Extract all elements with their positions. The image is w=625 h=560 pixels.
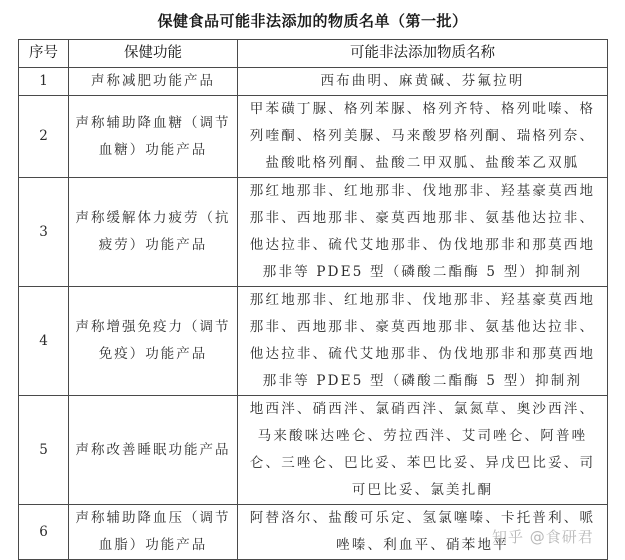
table-row: 4 声称增强免疫力（调节免疫）功能产品 那红地那非、红地那非、伐地那非、羟基豪莫… xyxy=(19,287,608,396)
row-function: 声称缓解体力疲劳（抗疲劳）功能产品 xyxy=(69,178,238,287)
zhihu-watermark: 知乎 @食研君 xyxy=(492,526,594,547)
table-row: 3 声称缓解体力疲劳（抗疲劳）功能产品 那红地那非、红地那非、伐地那非、羟基豪莫… xyxy=(19,178,608,287)
document-title: 保健食品可能非法添加的物质名单（第一批） xyxy=(0,10,625,31)
row-number: 6 xyxy=(19,505,69,560)
row-substances: 甲苯磺丁脲、格列苯脲、格列齐特、格列吡嗪、格列喹酮、格列美脲、马来酸罗格列酮、瑞… xyxy=(238,96,608,178)
illegal-additives-table: 序号 保健功能 可能非法添加物质名称 1 声称减肥功能产品 西布曲明、麻黄碱、芬… xyxy=(18,39,608,560)
row-function: 声称辅助降血压（调节血脂）功能产品 xyxy=(69,505,238,560)
table-row: 5 声称改善睡眠功能产品 地西泮、硝西泮、氯硝西泮、氯氮草、奥沙西泮、马来酸咪达… xyxy=(19,396,608,505)
table-header-row: 序号 保健功能 可能非法添加物质名称 xyxy=(19,40,608,68)
row-substances: 那红地那非、红地那非、伐地那非、羟基豪莫西地那非、西地那非、豪莫西地那非、氨基他… xyxy=(238,178,608,287)
header-substances: 可能非法添加物质名称 xyxy=(238,40,608,68)
row-function: 声称增强免疫力（调节免疫）功能产品 xyxy=(69,287,238,396)
row-substances: 那红地那非、红地那非、伐地那非、羟基豪莫西地那非、西地那非、豪莫西地那非、氨基他… xyxy=(238,287,608,396)
table-row: 2 声称辅助降血糖（调节血糖）功能产品 甲苯磺丁脲、格列苯脲、格列齐特、格列吡嗪… xyxy=(19,96,608,178)
row-number: 4 xyxy=(19,287,69,396)
row-number: 1 xyxy=(19,68,69,96)
row-number: 3 xyxy=(19,178,69,287)
row-number: 5 xyxy=(19,396,69,505)
row-substances: 地西泮、硝西泮、氯硝西泮、氯氮草、奥沙西泮、马来酸咪达唑仑、劳拉西泮、艾司唑仑、… xyxy=(238,396,608,505)
row-function: 声称辅助降血糖（调节血糖）功能产品 xyxy=(69,96,238,178)
table-row: 1 声称减肥功能产品 西布曲明、麻黄碱、芬氟拉明 xyxy=(19,68,608,96)
row-function: 声称减肥功能产品 xyxy=(69,68,238,96)
row-function: 声称改善睡眠功能产品 xyxy=(69,396,238,505)
row-substances: 西布曲明、麻黄碱、芬氟拉明 xyxy=(238,68,608,96)
header-function: 保健功能 xyxy=(69,40,238,68)
header-number: 序号 xyxy=(19,40,69,68)
row-number: 2 xyxy=(19,96,69,178)
